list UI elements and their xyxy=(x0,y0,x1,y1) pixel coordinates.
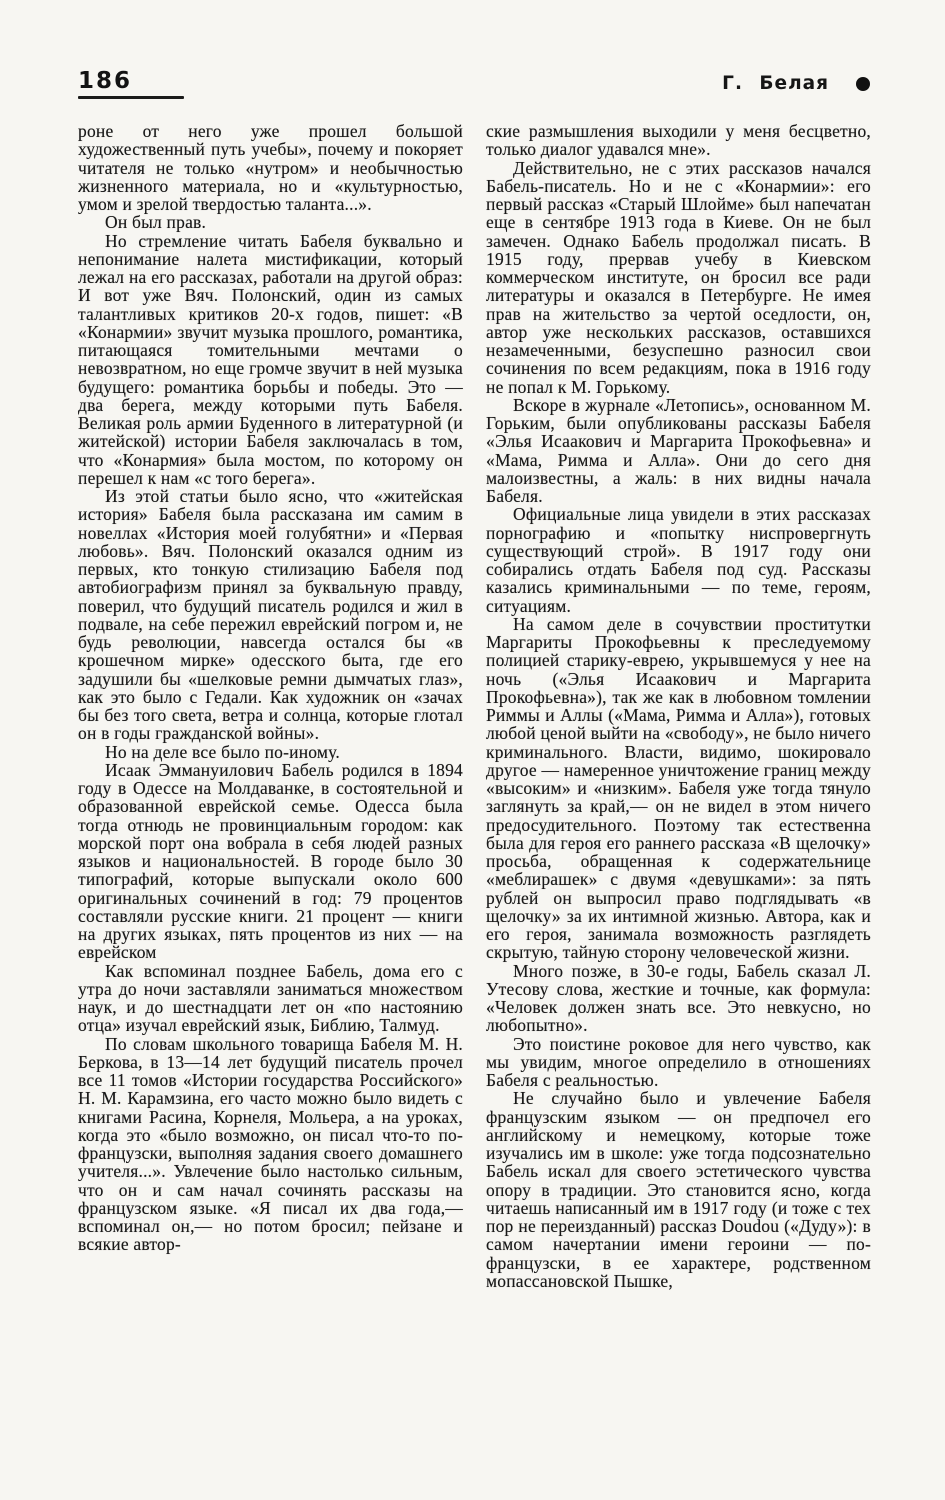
page-header: 186 Г. Белая xyxy=(78,70,872,103)
book-page: 186 Г. Белая роне от него уже прошел бол… xyxy=(0,0,945,1500)
running-head: Г. Белая xyxy=(722,74,872,94)
paragraph: Как вспоминал позднее Бабель, дома его с… xyxy=(78,962,463,1035)
paragraph: По словам школьного товарища Бабеля М. Н… xyxy=(78,1035,463,1254)
paragraph: Но стремление читать Бабеля буквально и … xyxy=(78,232,463,488)
paragraph: роне от него уже прошел большой художест… xyxy=(78,122,463,213)
text-column-left: роне от него уже прошел большой художест… xyxy=(78,122,463,1452)
paragraph: Действительно, не с этих рассказов начал… xyxy=(486,159,871,396)
paragraph: На самом деле в сочувствии проститутки М… xyxy=(486,615,871,962)
text-column-right: ские размышления выходили у меня бесцвет… xyxy=(486,122,871,1452)
paragraph: Не случайно было и увлечение Бабеля фран… xyxy=(486,1089,871,1290)
paragraph: Он был прав. xyxy=(78,213,463,231)
page-number: 186 xyxy=(78,70,184,93)
paragraph: Из этой статьи было ясно, что «житейская… xyxy=(78,487,463,743)
author-name: Г. Белая xyxy=(722,74,829,94)
paragraph: Много позже, в 30-е годы, Бабель сказал … xyxy=(486,962,871,1035)
paragraph: ские размышления выходили у меня бесцвет… xyxy=(486,122,871,159)
paragraph: Официальные лица увидели в этих рассказа… xyxy=(486,505,871,615)
paragraph: Это поистине роковое для него чувство, к… xyxy=(486,1035,871,1090)
paragraph: Вскоре в журнале «Летопись», основанном … xyxy=(486,396,871,506)
paragraph: Но на деле все было по-иному. xyxy=(78,743,463,761)
page-number-block: 186 xyxy=(78,70,184,99)
paragraph: Исаак Эммануилович Бабель родился в 1894… xyxy=(78,761,463,962)
text-columns: роне от него уже прошел большой художест… xyxy=(78,122,872,1452)
bullet-icon xyxy=(856,77,870,91)
page-number-underline xyxy=(78,96,184,99)
